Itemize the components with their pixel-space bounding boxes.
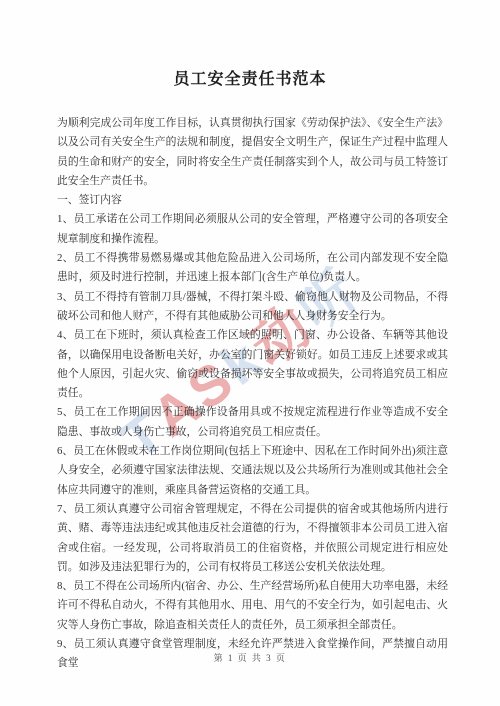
- paragraph: 8、员工不得在公司场所内(宿舍、办公、生产经营场所)私自使用大功率电器，未经许可…: [57, 577, 448, 635]
- paragraph: 3、员工不得持有管制刀具/器械，不得打架斗殴、偷窃他人财物及公司物品，不得破坏公…: [57, 288, 448, 327]
- paragraph: 为顺利完成公司年度工作目标，认真贯彻执行国家《劳动保护法》、《安全生产法》以及公…: [57, 114, 448, 191]
- document-page: TASk动听 员工安全责任书范本 为顺利完成公司年度工作目标，认真贯彻执行国家《…: [0, 0, 500, 706]
- paragraph: 5、员工在工作期间因不正确操作设备用具或不按规定流程进行作业等造成不安全隐患、事…: [57, 403, 448, 442]
- document-body: 为顺利完成公司年度工作目标，认真贯彻执行国家《劳动保护法》、《安全生产法》以及公…: [57, 114, 448, 674]
- paragraph: 6、员工在休假或未在工作岗位期间(包括上下班途中、因私在工作时间外出)须注意人身…: [57, 442, 448, 500]
- page-number: 第 1 页 共 3 页: [0, 651, 500, 664]
- paragraph: 2、员工不得携带易燃易爆或其他危险品进入公司场所，在公司内部发现不安全隐患时，须…: [57, 249, 448, 288]
- paragraph: 4、员工在下班时，须认真检查工作区域的照明、门窗、办公设备、车辆等其他设备，以确…: [57, 326, 448, 403]
- paragraph: 一、签订内容: [57, 191, 448, 210]
- paragraph: 1、员工承诺在公司工作期间必须服从公司的安全管理，严格遵守公司的各项安全规章制度…: [57, 210, 448, 249]
- document-title: 员工安全责任书范本: [0, 66, 500, 89]
- paragraph: 7、员工须认真遵守公司宿舍管理规定，不得在公司提供的宿舍或其他场所内进行黄、赌、…: [57, 500, 448, 577]
